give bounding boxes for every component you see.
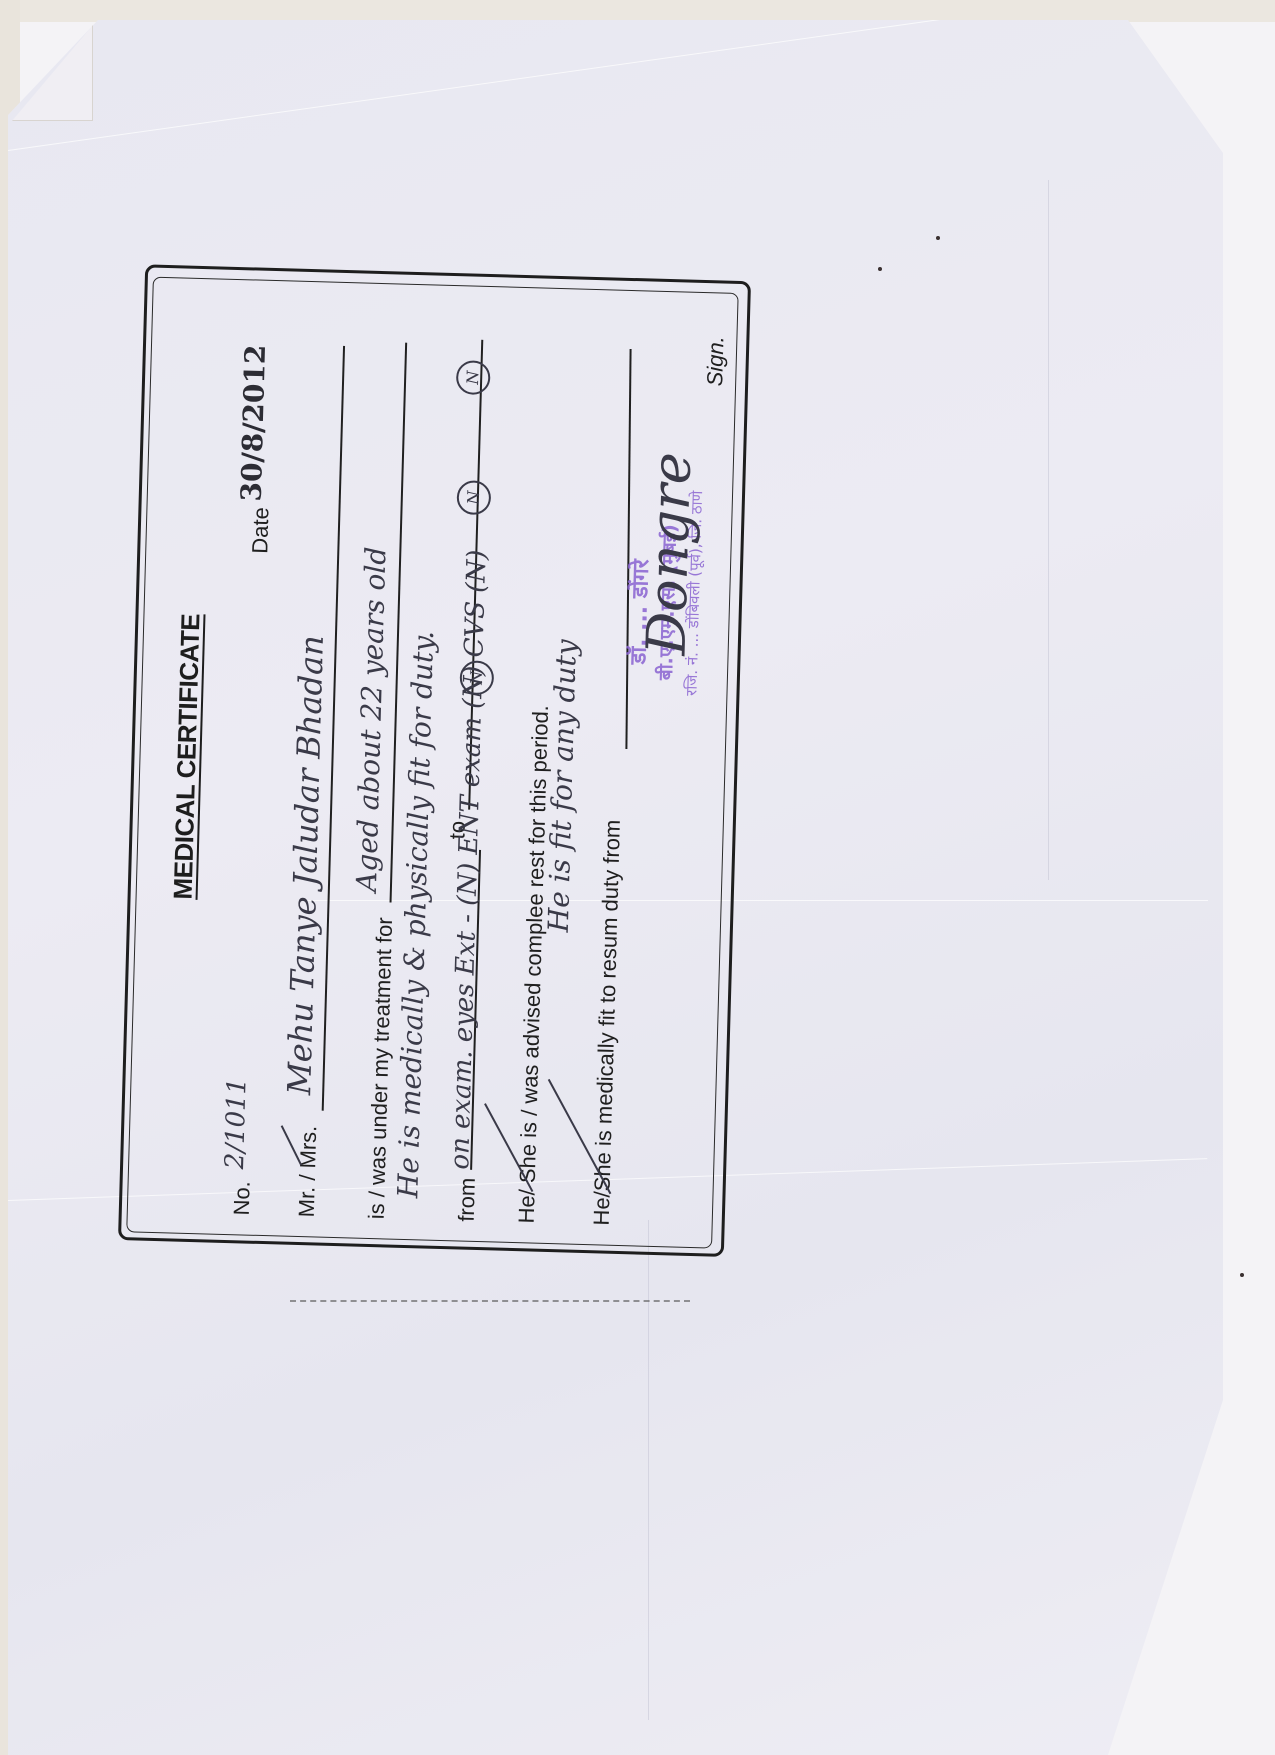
perforation-line xyxy=(290,1300,690,1302)
from-label: from xyxy=(454,1177,481,1222)
scan-backdrop-top xyxy=(0,0,1275,22)
paper-crease xyxy=(8,0,1196,151)
certificate: MEDICAL CERTIFICATE No. 2/1011 Date 30/8… xyxy=(118,260,755,1257)
number-value: 2/1011 xyxy=(220,1077,253,1169)
ink-speck xyxy=(1240,1273,1244,1277)
date-label: Date xyxy=(247,507,274,554)
paper-crease xyxy=(648,1220,649,1720)
number-label: No. xyxy=(229,1181,256,1216)
name-label: Mr. / Mrs. xyxy=(294,1125,323,1217)
ink-speck xyxy=(878,267,882,271)
doctor-signature: Dongre xyxy=(635,451,704,656)
sign-label: Sign. xyxy=(702,336,729,387)
ink-speck xyxy=(936,236,940,240)
paper-crease xyxy=(1048,180,1049,880)
date-value: 30/8/2012 xyxy=(235,344,272,502)
